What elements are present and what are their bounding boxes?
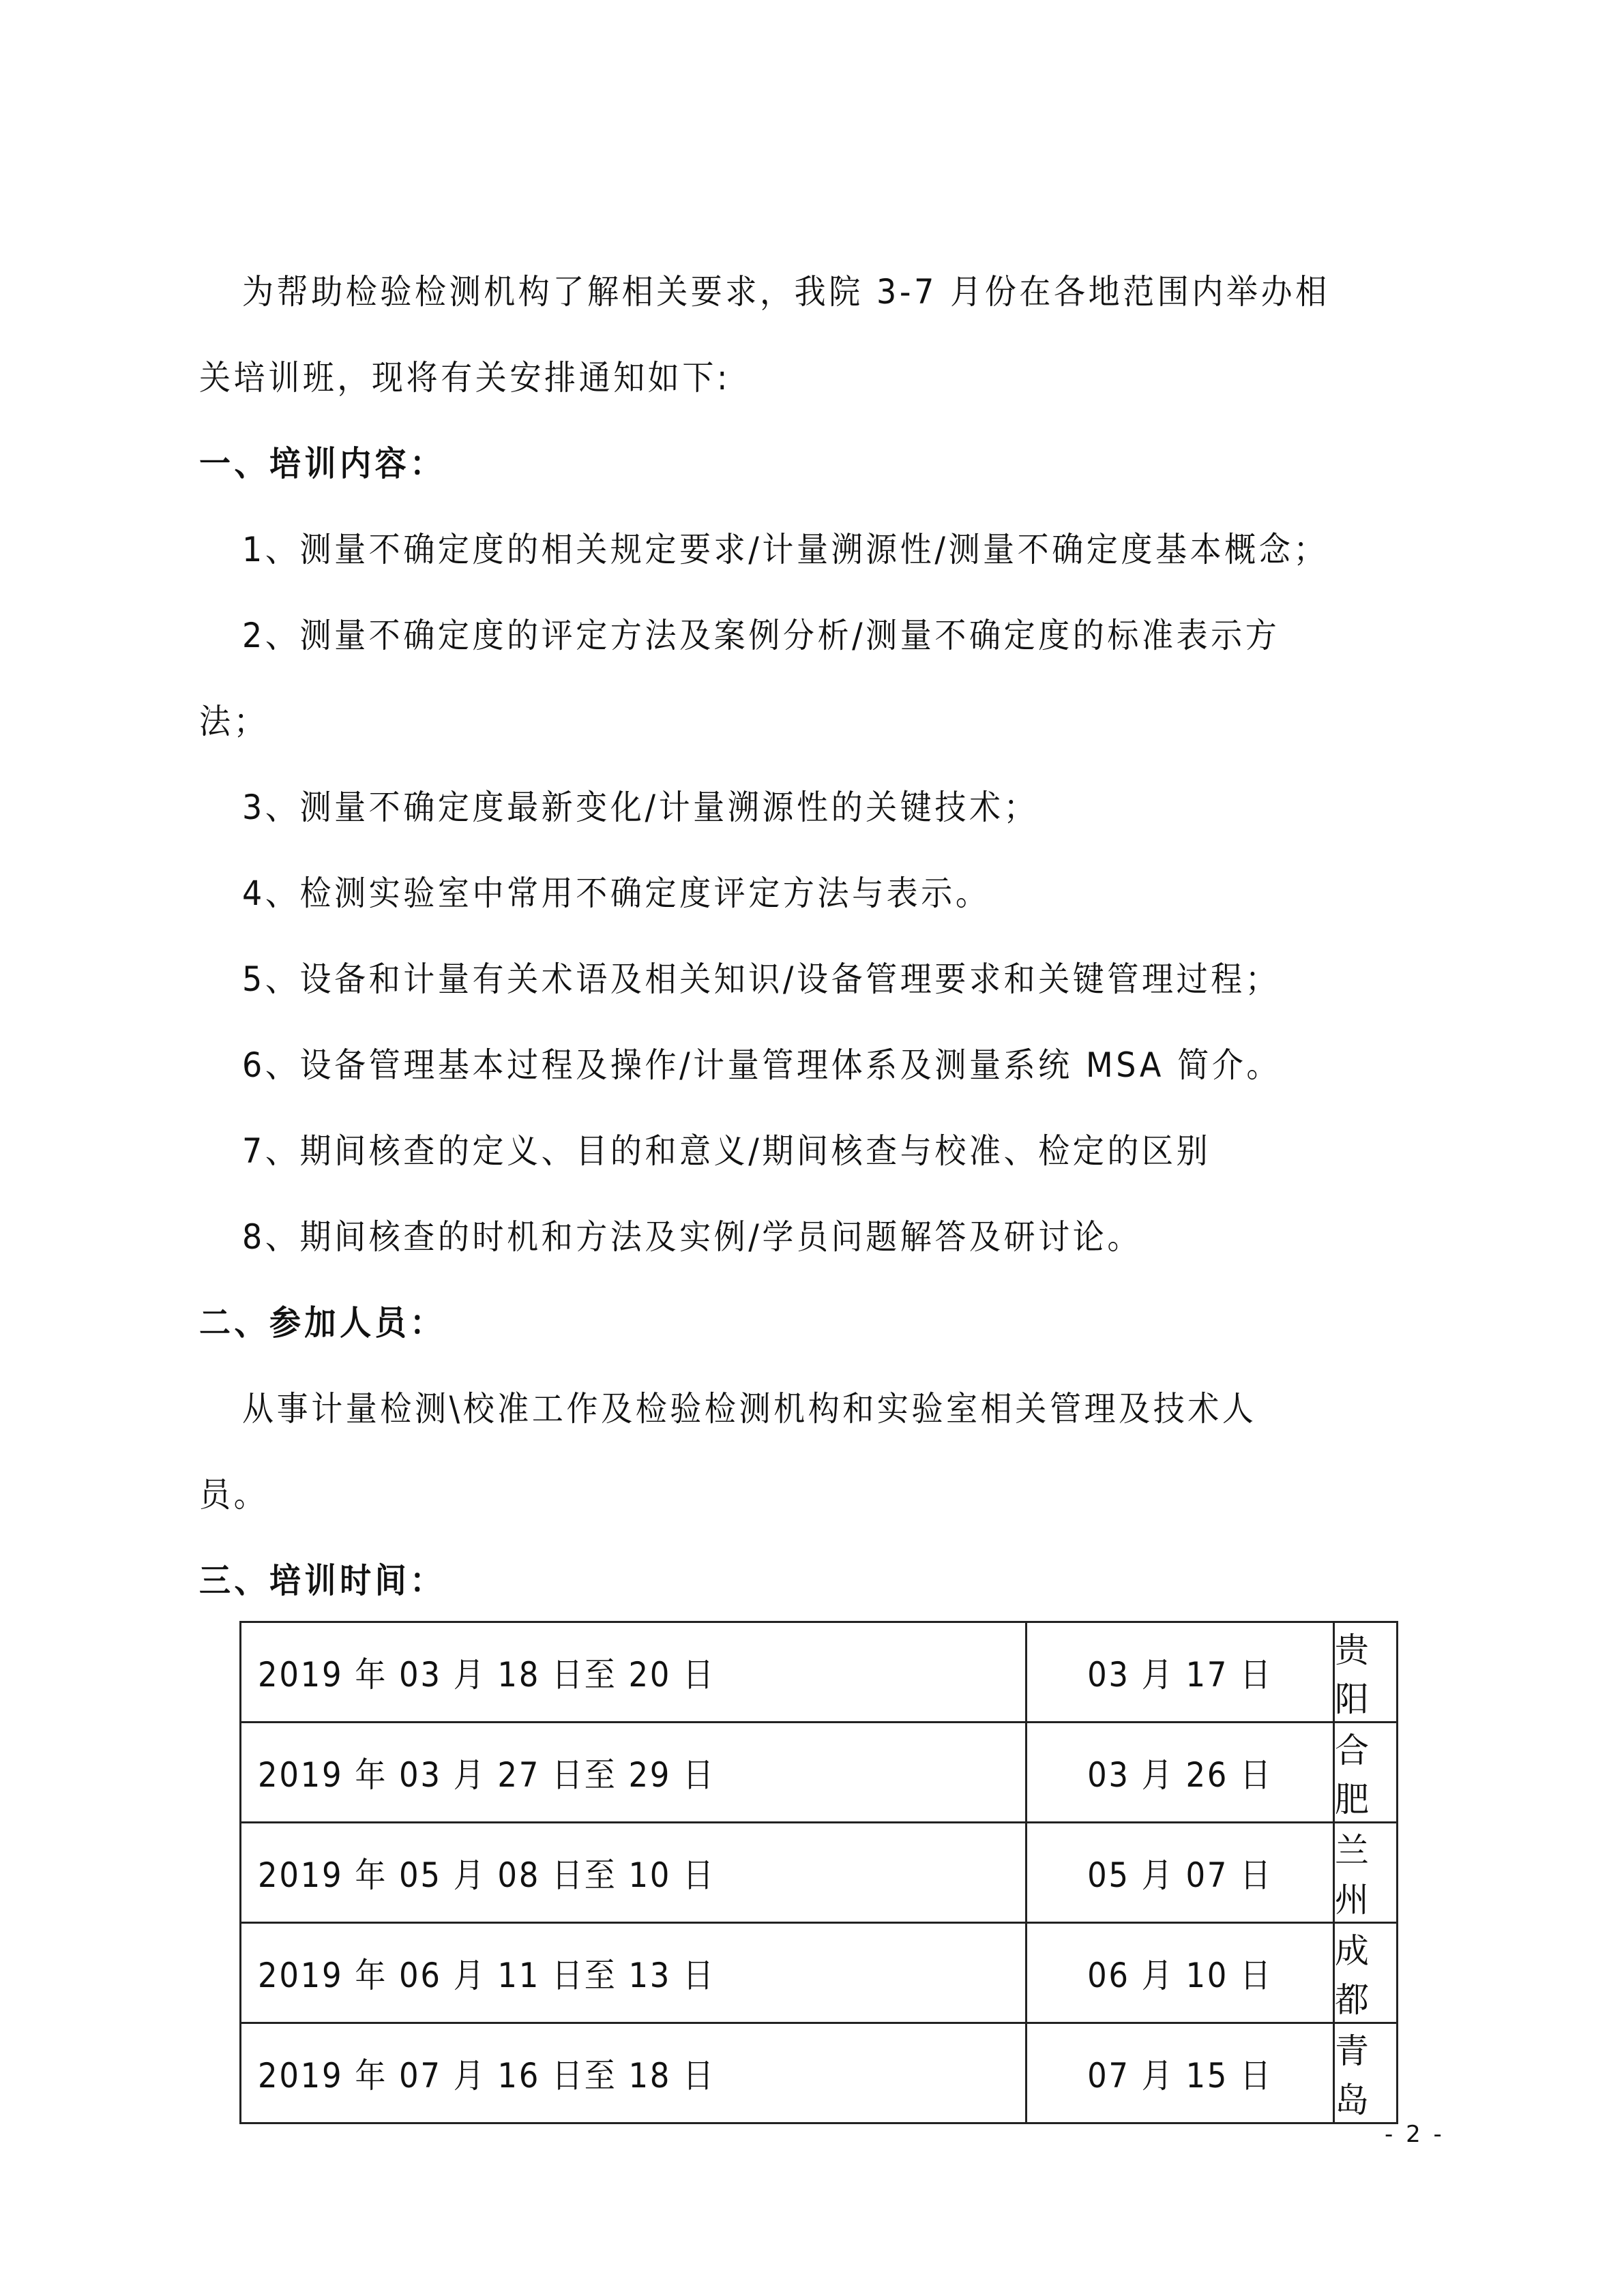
table-row: 2019 年 07 月 16 日至 18 日 07 月 15 日 青岛: [241, 2023, 1398, 2123]
city-cell: 合肥: [1334, 1723, 1398, 1823]
section-heading-participants: 二、参加人员：: [199, 1302, 1340, 1343]
intro-line-2: 关培训班，现将有关安排通知如下:: [199, 357, 1340, 398]
list-item: 7、期间核查的定义、目的和意义/期间核查与校准、检定的区别: [242, 1131, 1383, 1172]
table-row: 2019 年 03 月 27 日至 29 日 03 月 26 日 合肥: [241, 1723, 1398, 1823]
participants-line-2: 员。: [199, 1474, 1340, 1515]
participants-line-1: 从事计量检测\校准工作及检验检测机构和实验室相关管理及技术人: [242, 1388, 1383, 1429]
list-item: 1、测量不确定度的相关规定要求/计量溯源性/测量不确定度基本概念；: [242, 529, 1383, 570]
schedule-table: 2019 年 03 月 18 日至 20 日 03 月 17 日 贵阳 2019…: [239, 1621, 1398, 2124]
checkin-date-cell: 07 月 15 日: [1027, 2023, 1334, 2123]
city-cell: 青岛: [1334, 2023, 1398, 2123]
training-dates-cell: 2019 年 03 月 18 日至 20 日: [241, 1622, 1027, 1723]
checkin-date-cell: 05 月 07 日: [1027, 1823, 1334, 1923]
page-number: - 2 -: [1385, 2121, 1445, 2148]
checkin-date-cell: 03 月 17 日: [1027, 1622, 1334, 1723]
list-item-continuation: 法；: [199, 701, 1340, 742]
list-item: 4、检测实验室中常用不确定度评定方法与表示。: [242, 873, 1383, 914]
section-heading-training-content: 一、培训内容：: [199, 443, 1340, 484]
table-row: 2019 年 03 月 18 日至 20 日 03 月 17 日 贵阳: [241, 1622, 1398, 1723]
intro-line-1: 为帮助检验检测机构了解相关要求，我院 3-7 月份在各地范围内举办相: [242, 271, 1383, 312]
training-dates-cell: 2019 年 06 月 11 日至 13 日: [241, 1923, 1027, 2023]
table-row: 2019 年 05 月 08 日至 10 日 05 月 07 日 兰州: [241, 1823, 1398, 1923]
city-cell: 贵阳: [1334, 1622, 1398, 1723]
section-heading-training-time: 三、培训时间：: [199, 1560, 1340, 1601]
training-dates-cell: 2019 年 05 月 08 日至 10 日: [241, 1823, 1027, 1923]
list-item: 2、测量不确定度的评定方法及案例分析/测量不确定度的标准表示方: [242, 615, 1383, 656]
checkin-date-cell: 03 月 26 日: [1027, 1723, 1334, 1823]
table-row: 2019 年 06 月 11 日至 13 日 06 月 10 日 成都: [241, 1923, 1398, 2023]
document-page: 为帮助检验检测机构了解相关要求，我院 3-7 月份在各地范围内举办相 关培训班，…: [0, 0, 1624, 2296]
list-item: 8、期间核查的时机和方法及实例/学员问题解答及研讨论。: [242, 1217, 1383, 1257]
city-cell: 兰州: [1334, 1823, 1398, 1923]
checkin-date-cell: 06 月 10 日: [1027, 1923, 1334, 2023]
city-cell: 成都: [1334, 1923, 1398, 2023]
list-item: 5、设备和计量有关术语及相关知识/设备管理要求和关键管理过程；: [242, 959, 1383, 1000]
list-item: 6、设备管理基本过程及操作/计量管理体系及测量系统 MSA 简介。: [242, 1045, 1383, 1086]
training-dates-cell: 2019 年 07 月 16 日至 18 日: [241, 2023, 1027, 2123]
training-dates-cell: 2019 年 03 月 27 日至 29 日: [241, 1723, 1027, 1823]
list-item: 3、测量不确定度最新变化/计量溯源性的关键技术；: [242, 787, 1383, 828]
